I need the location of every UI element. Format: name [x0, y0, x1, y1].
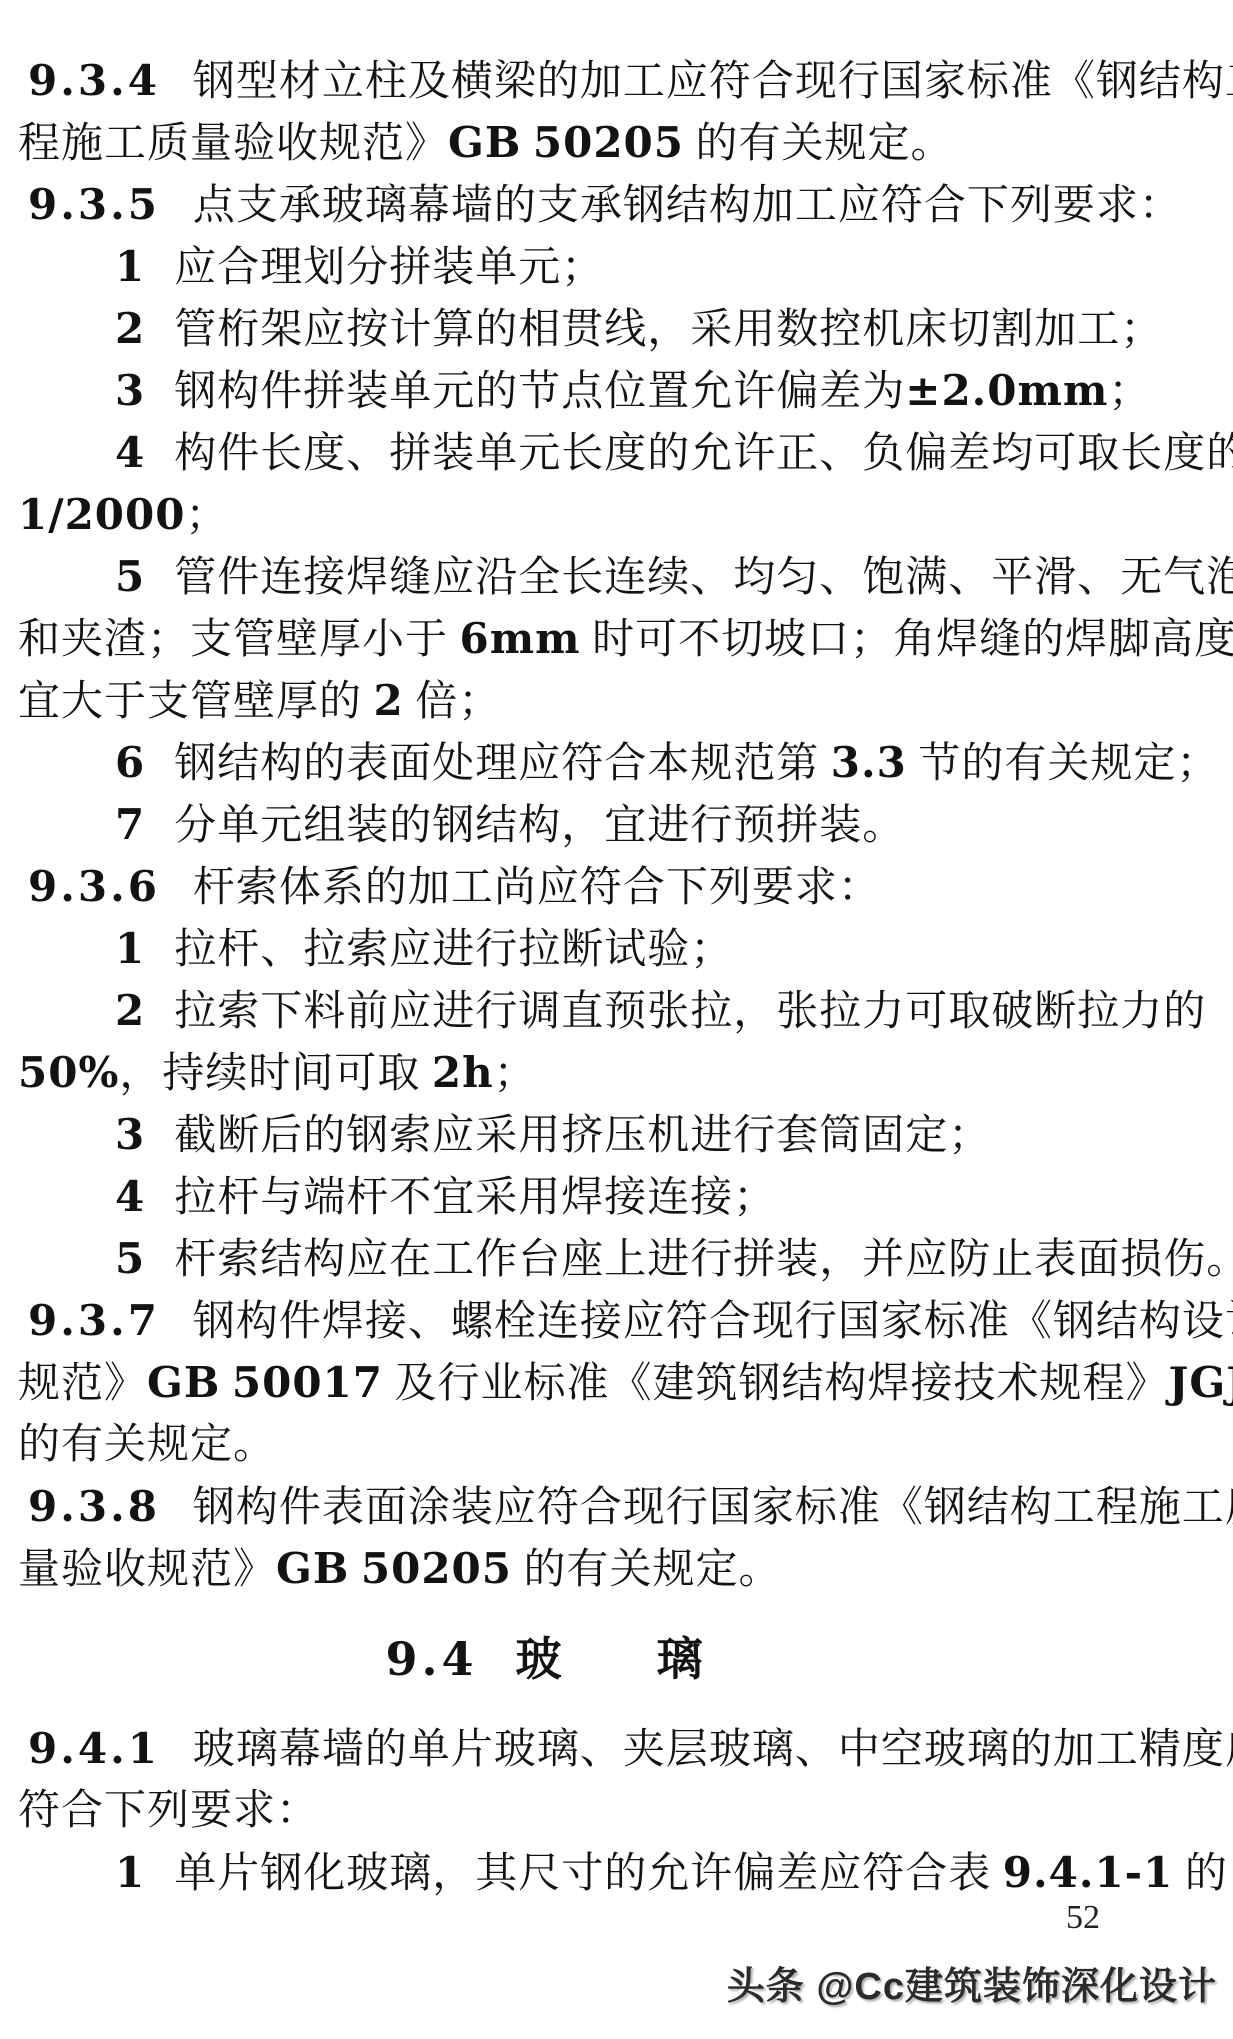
item-number: 3	[115, 366, 145, 415]
document-line: 的有关规定。	[18, 1414, 1215, 1476]
line-text: 分单元组装的钢结构，宜进行预拼装。	[174, 803, 905, 849]
line-text: 杆索结构应在工作台座上进行拼装，并应防止表面损伤。	[174, 1237, 1233, 1283]
document-line: 6钢结构的表面处理应符合本规范第 3.3 节的有关规定；	[18, 732, 1215, 794]
line-text: 单片钢化玻璃，其尺寸的允许偏差应符合表 9.4.1-1 的	[174, 1851, 1228, 1897]
line-text: 管件连接焊缝应沿全长连续、均匀、饱满、平滑、无气泡	[174, 555, 1233, 601]
line-text: 拉杆、拉索应进行拉断试验；	[174, 927, 733, 973]
item-number: 5	[115, 1234, 145, 1283]
document-line: 9.3.7钢构件焊接、螺栓连接应符合现行国家标准《钢结构设计	[18, 1290, 1215, 1352]
line-text: 截断后的钢索应采用挤压机进行套筒固定；	[174, 1113, 991, 1159]
line-text: 玻 璃	[516, 1634, 704, 1685]
line-text: 1/2000；	[18, 493, 228, 539]
line-text: 钢构件表面涂装应符合现行国家标准《钢结构工程施工质	[193, 1485, 1233, 1531]
document-line: 50%，持续时间可取 2h；	[18, 1042, 1215, 1104]
document-line: 4构件长度、拼装单元长度的允许正、负偏差均可取长度的	[18, 422, 1215, 484]
item-number: 4	[115, 1172, 145, 1221]
clause-number: 9.4.1	[28, 1724, 160, 1773]
document-line: 7分单元组装的钢结构，宜进行预拼装。	[18, 794, 1215, 856]
item-number: 2	[115, 304, 145, 353]
document-page: 9.3.4钢型材立柱及横梁的加工应符合现行国家标准《钢结构工程施工质量验收规范》…	[0, 0, 1233, 2039]
item-number: 7	[115, 800, 145, 849]
page-number: 52	[1066, 1898, 1100, 1938]
document-line: 9.3.8钢构件表面涂装应符合现行国家标准《钢结构工程施工质	[18, 1476, 1215, 1538]
line-text: 钢结构的表面处理应符合本规范第 3.3 节的有关规定；	[174, 741, 1219, 787]
section-heading: 9.4玻 璃	[0, 1628, 1143, 1690]
document-line: 9.3.4钢型材立柱及横梁的加工应符合现行国家标准《钢结构工	[18, 50, 1215, 112]
line-text: 钢型材立柱及横梁的加工应符合现行国家标准《钢结构工	[193, 59, 1233, 105]
clause-number: 9.3.7	[28, 1296, 160, 1345]
line-text: 杆索体系的加工尚应符合下列要求：	[193, 865, 881, 911]
line-text: 宜大于支管壁厚的 2 倍；	[18, 679, 501, 725]
line-text: 钢构件焊接、螺栓连接应符合现行国家标准《钢结构设计	[193, 1299, 1233, 1345]
document-line: 2拉索下料前应进行调直预张拉，张拉力可取破断拉力的	[18, 980, 1215, 1042]
item-number: 4	[115, 428, 145, 477]
document-line: 5管件连接焊缝应沿全长连续、均匀、饱满、平滑、无气泡	[18, 546, 1215, 608]
line-text: 的有关规定。	[18, 1422, 276, 1468]
clause-number: 9.3.4	[28, 56, 160, 105]
document-line: 1拉杆、拉索应进行拉断试验；	[18, 918, 1215, 980]
document-line: 3钢构件拼装单元的节点位置允许偏差为±2.0mm；	[18, 360, 1215, 422]
item-number: 2	[115, 986, 145, 1035]
document-line: 9.3.6杆索体系的加工尚应符合下列要求：	[18, 856, 1215, 918]
item-number: 3	[115, 1110, 145, 1159]
item-number: 6	[115, 738, 145, 787]
line-text: 管桁架应按计算的相贯线，采用数控机床切割加工；	[174, 307, 1163, 353]
clause-number: 9.4	[385, 1632, 477, 1686]
line-text: 50%，持续时间可取 2h；	[18, 1051, 537, 1097]
line-text: 量验收规范》GB 50205 的有关规定。	[18, 1547, 782, 1593]
document-line: 1/2000；	[18, 484, 1215, 546]
line-text: 规范》GB 50017 及行业标准《建筑钢结构焊接技术规程》JGJ 81	[18, 1361, 1233, 1407]
document-line: 3截断后的钢索应采用挤压机进行套筒固定；	[18, 1104, 1215, 1166]
document-line: 量验收规范》GB 50205 的有关规定。	[18, 1538, 1215, 1600]
document-line: 9.4.1玻璃幕墙的单片玻璃、夹层玻璃、中空玻璃的加工精度应	[18, 1718, 1215, 1780]
line-text: 钢构件拼装单元的节点位置允许偏差为±2.0mm；	[174, 369, 1151, 415]
item-number: 5	[115, 552, 145, 601]
item-number: 1	[115, 1848, 145, 1897]
line-text: 拉索下料前应进行调直预张拉，张拉力可取破断拉力的	[174, 989, 1206, 1035]
document-line: 2管桁架应按计算的相贯线，采用数控机床切割加工；	[18, 298, 1215, 360]
document-line: 9.3.5点支承玻璃幕墙的支承钢结构加工应符合下列要求：	[18, 174, 1215, 236]
clause-number: 9.3.5	[28, 180, 160, 229]
document-line: 5杆索结构应在工作台座上进行拼装，并应防止表面损伤。	[18, 1228, 1215, 1290]
document-line: 1单片钢化玻璃，其尺寸的允许偏差应符合表 9.4.1-1 的	[18, 1842, 1215, 1904]
document-line: 程施工质量验收规范》GB 50205 的有关规定。	[18, 112, 1215, 174]
item-number: 1	[115, 924, 145, 973]
document-line: 和夹渣；支管壁厚小于 6mm 时可不切坡口；角焊缝的焊脚高度不	[18, 608, 1215, 670]
line-text: 符合下列要求：	[18, 1788, 319, 1834]
document-line: 1应合理划分拼装单元；	[18, 236, 1215, 298]
clause-number: 9.3.8	[28, 1482, 160, 1531]
line-text: 拉杆与端杆不宜采用焊接连接；	[174, 1175, 776, 1221]
line-text: 和夹渣；支管壁厚小于 6mm 时可不切坡口；角焊缝的焊脚高度不	[18, 617, 1233, 663]
line-text: 程施工质量验收规范》GB 50205 的有关规定。	[18, 121, 954, 167]
line-text: 点支承玻璃幕墙的支承钢结构加工应符合下列要求：	[193, 183, 1182, 229]
line-text: 玻璃幕墙的单片玻璃、夹层玻璃、中空玻璃的加工精度应	[193, 1727, 1233, 1773]
clause-number: 9.3.6	[28, 862, 160, 911]
document-line: 4拉杆与端杆不宜采用焊接连接；	[18, 1166, 1215, 1228]
item-number: 1	[115, 242, 145, 291]
document-line: 符合下列要求：	[18, 1780, 1215, 1842]
line-text: 构件长度、拼装单元长度的允许正、负偏差均可取长度的	[174, 431, 1233, 477]
document-line: 规范》GB 50017 及行业标准《建筑钢结构焊接技术规程》JGJ 81	[18, 1352, 1215, 1414]
watermark: 头条 @Cc建筑装饰深化设计	[727, 1964, 1217, 2010]
line-text: 应合理划分拼装单元；	[174, 245, 604, 291]
document-line: 宜大于支管壁厚的 2 倍；	[18, 670, 1215, 732]
document-body: 9.3.4钢型材立柱及横梁的加工应符合现行国家标准《钢结构工程施工质量验收规范》…	[0, 0, 1233, 1904]
